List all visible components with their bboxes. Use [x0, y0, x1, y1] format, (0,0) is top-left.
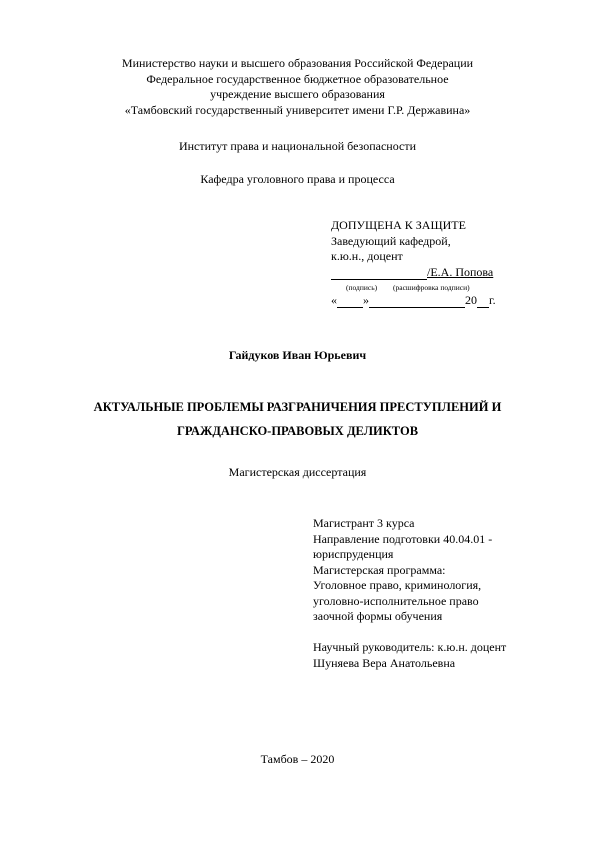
year-suffix: г.: [489, 293, 496, 307]
approver-position: Заведующий кафедрой,: [331, 234, 496, 250]
header-line: Федеральное государственное бюджетное об…: [0, 72, 595, 88]
study-form: заочной формы обучения: [313, 609, 506, 625]
program-name: уголовно-исполнительное право: [313, 594, 506, 610]
month-blank: [369, 295, 465, 308]
approval-block: ДОПУЩЕНА К ЗАЩИТЕ Заведующий кафедрой, к…: [331, 218, 496, 308]
study-direction: Направление подготовки 40.04.01 -: [313, 532, 506, 548]
header-line: «Тамбовский государственный университет …: [0, 103, 595, 119]
approver-degree: к.ю.н., доцент: [331, 249, 496, 265]
approval-stamp: ДОПУЩЕНА К ЗАЩИТЕ: [331, 218, 496, 234]
work-type: Магистерская диссертация: [0, 465, 595, 480]
decoding-label: (расшифровка подписи): [393, 283, 470, 292]
signer-name: /Е.А. Попова: [427, 265, 493, 279]
signature-blank: [331, 267, 427, 280]
year-blank: [477, 295, 489, 308]
city-year: Тамбов – 2020: [0, 752, 595, 767]
day-blank: [337, 295, 363, 308]
program-name: Уголовное право, криминология,: [313, 578, 506, 594]
thesis-title: АКТУАЛЬНЫЕ ПРОБЛЕМЫ РАЗГРАНИЧЕНИЯ ПРЕСТУ…: [0, 395, 595, 443]
author-name: Гайдуков Иван Юрьевич: [0, 348, 595, 363]
signature-line: /Е.А. Попова: [331, 265, 496, 282]
signature-label: (подпись): [346, 283, 377, 292]
supervisor-name: Шуняева Вера Анатольевна: [313, 656, 506, 672]
approval-date-line: «»20г.: [331, 293, 496, 309]
header-line: учреждение высшего образования: [0, 87, 595, 103]
program-label: Магистерская программа:: [313, 563, 506, 579]
header-line: Министерство науки и высшего образования…: [0, 56, 595, 72]
signature-labels: (подпись) (расшифровка подписи): [331, 282, 496, 293]
thesis-title-line: ГРАЖДАНСКО-ПРАВОВЫХ ДЕЛИКТОВ: [0, 419, 595, 443]
student-info-block: Магистрант 3 курса Направление подготовк…: [313, 516, 506, 671]
ministry-header: Министерство науки и высшего образования…: [0, 56, 595, 118]
thesis-title-line: АКТУАЛЬНЫЕ ПРОБЛЕМЫ РАЗГРАНИЧЕНИЯ ПРЕСТУ…: [0, 395, 595, 419]
study-direction-name: юриспруденция: [313, 547, 506, 563]
supervisor-label: Научный руководитель: к.ю.н. доцент: [313, 640, 506, 656]
year-prefix: 20: [465, 293, 477, 307]
institute-name: Институт права и национальной безопаснос…: [0, 139, 595, 154]
student-course: Магистрант 3 курса: [313, 516, 506, 532]
department-name: Кафедра уголовного права и процесса: [0, 172, 595, 187]
